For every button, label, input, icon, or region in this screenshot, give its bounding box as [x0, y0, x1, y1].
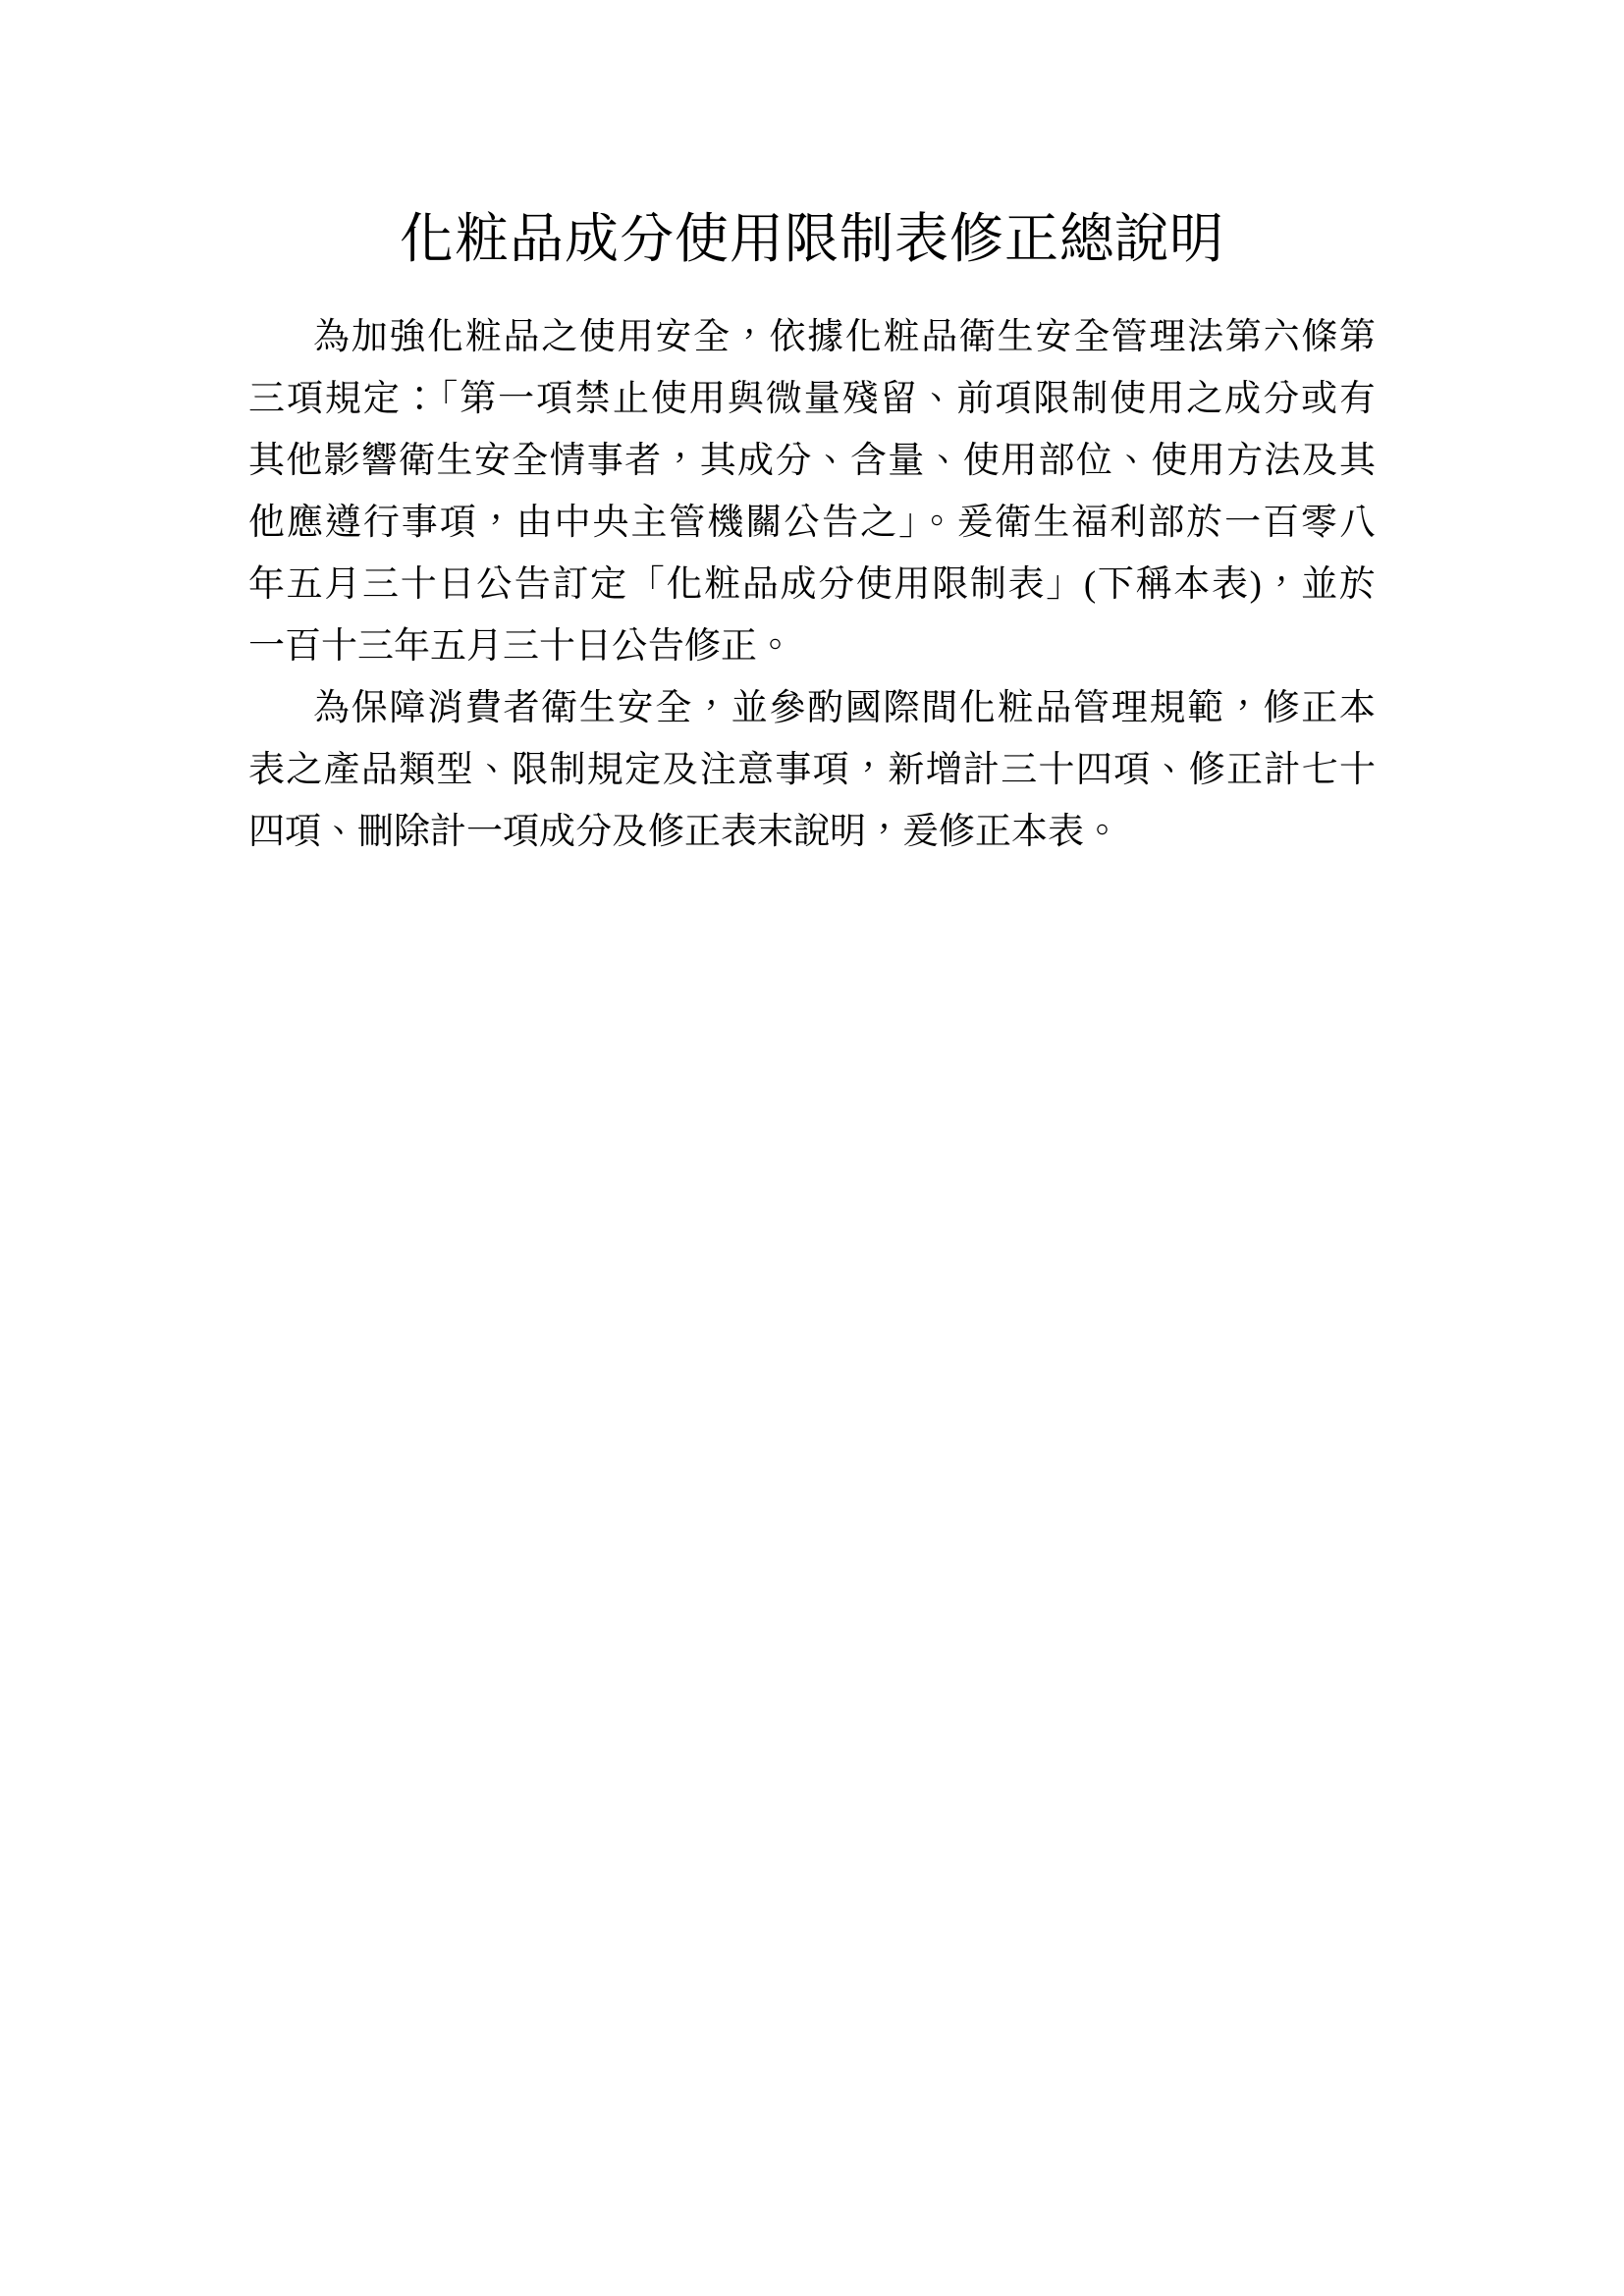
text-line: 表之產品類型、限制規定及注意事項，新增計三十四項、修正計七十 — [248, 739, 1376, 801]
text-line: 他應遵行事項，由中央主管機關公告之」。爰衛生福利部於一百零八 — [248, 492, 1376, 554]
text-line: 四項、刪除計一項成分及修正表末說明，爰修正本表。 — [248, 801, 1376, 863]
text-line: 其他影響衛生安全情事者，其成分、含量、使用部位、使用方法及其 — [248, 430, 1376, 492]
text-line: 為保障消費者衛生安全，並參酌國際間化粧品管理規範，修正本 — [248, 677, 1376, 739]
document-body: 為加強化粧品之使用安全，依據化粧品衛生安全管理法第六條第 三項規定：「第一項禁止… — [248, 306, 1376, 863]
page-title: 化粧品成分使用限制表修正總說明 — [0, 208, 1624, 271]
paragraph: 為加強化粧品之使用安全，依據化粧品衛生安全管理法第六條第 三項規定：「第一項禁止… — [248, 306, 1376, 677]
text-line: 一百十三年五月三十日公告修正。 — [248, 615, 1376, 677]
text-line: 年五月三十日公告訂定「化粧品成分使用限制表」(下稱本表)，並於 — [248, 554, 1376, 615]
paragraph: 為保障消費者衛生安全，並參酌國際間化粧品管理規範，修正本 表之產品類型、限制規定… — [248, 677, 1376, 863]
document-page: 化粧品成分使用限制表修正總說明 為加強化粧品之使用安全，依據化粧品衛生安全管理法… — [0, 0, 1624, 2296]
text-line: 為加強化粧品之使用安全，依據化粧品衛生安全管理法第六條第 — [248, 306, 1376, 368]
text-line: 三項規定：「第一項禁止使用與微量殘留、前項限制使用之成分或有 — [248, 368, 1376, 430]
